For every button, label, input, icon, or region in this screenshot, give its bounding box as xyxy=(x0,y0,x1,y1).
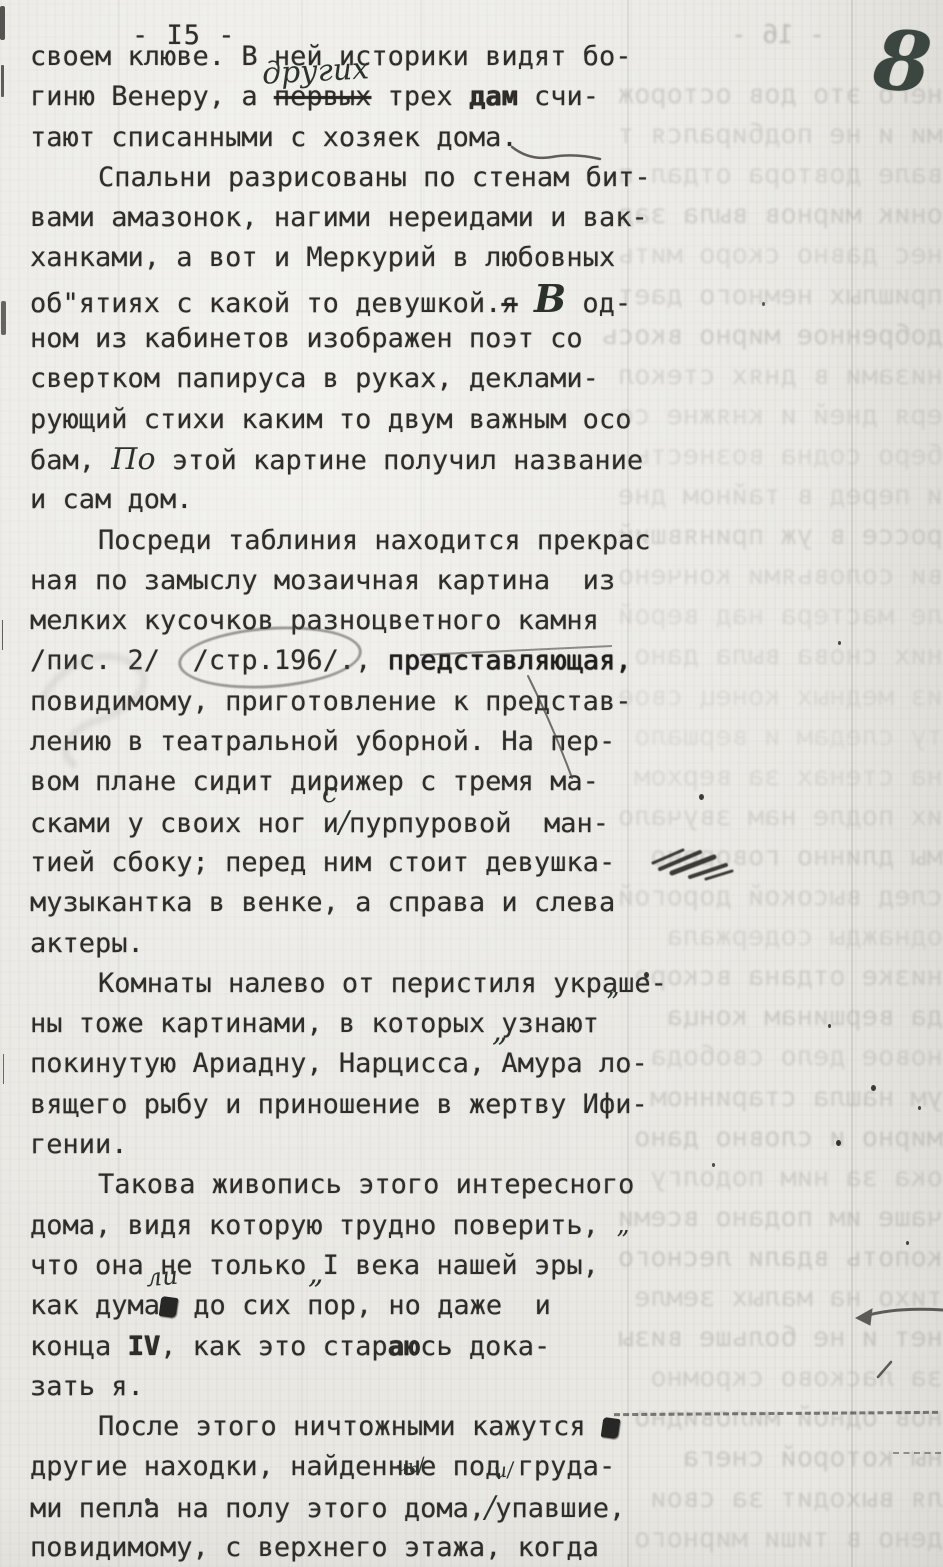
typed-line: Посреди таблиния находится прекрас xyxy=(30,521,678,561)
typed-line: мелких кусочков разноцветного камня xyxy=(30,601,678,641)
typed-line: покинутую Ариадну, Нарцисса, Амура ло- xyxy=(30,1044,678,1084)
typed-line: что она не только I века нашей эры, xyxy=(30,1246,678,1286)
handwritten-quote-high: ” xyxy=(606,988,619,1018)
paper-specks xyxy=(0,0,3,4)
bleed-page-number: - 16 - xyxy=(731,20,825,50)
typed-line: Спальни разрисованы по стенам бит- xyxy=(30,158,678,198)
typed-line: тией сбоку; перед ним стоит девушка- xyxy=(30,843,678,883)
typed-line: другие находки, найденные под груда- xyxy=(30,1447,678,1487)
typed-line: ная по замыслу мозаичная картина из xyxy=(30,561,678,601)
typed-line: вами амазонок, нагими нереидами и вак- xyxy=(30,198,678,238)
typed-line: ном из кабинетов изображен поэт со xyxy=(30,319,678,359)
handwritten-quote-high: ” xyxy=(616,1226,629,1256)
typed-line: рующий стихи каким то двум важным осо xyxy=(30,400,678,440)
typed-line: бам, По этой картине получил название xyxy=(30,440,678,480)
typed-line: вом плане сидит дирижер с тремя ма- xyxy=(30,762,678,802)
typed-line: ны тоже картинами, в которых узнают xyxy=(30,1004,678,1044)
typed-line: музыкантка в венке, а справа и слева xyxy=(30,883,678,923)
typed-line: дома, видя которую трудно поверить, xyxy=(30,1206,678,1246)
typed-line: и сам дом. xyxy=(30,480,678,520)
typed-line: тают списанными с хозяек дома. xyxy=(30,118,678,158)
typed-line: зать я. xyxy=(30,1367,678,1407)
handwritten-corner-number: 8 xyxy=(870,12,935,113)
handwritten-quote-low: „ xyxy=(492,1014,508,1049)
typed-line: сками у своих ног и/пурпуровой ман- xyxy=(30,803,678,843)
typed-line: После этого ничтожными кажутся xyxy=(30,1407,678,1447)
typed-line: повидимому, приготовление к представ- xyxy=(30,682,678,722)
typed-line: как дума до сих пор, но даже и xyxy=(30,1286,678,1326)
scanned-page: - 16 - него это дов осторожми и не подби… xyxy=(0,0,943,1567)
handwritten-insertion-mark: и/ xyxy=(493,1457,515,1483)
scan-edge-marks xyxy=(0,6,5,40)
typed-line: гении. xyxy=(30,1125,678,1165)
typed-line: об"ятиях с какой то девушкой.я В од- xyxy=(30,279,678,319)
typed-line: Комнаты налево от перистиля украше- xyxy=(30,964,678,1004)
typed-line: повидимому, с верхнего этажа, когда xyxy=(30,1528,678,1567)
typed-line: ханками, а вот и Меркурий в любовных xyxy=(30,238,678,278)
typed-line: ми пепла на полу этого дома,/упавшие, xyxy=(30,1488,678,1528)
typed-line: конца IV, как это стараюсь дока- xyxy=(30,1327,678,1367)
typed-line: лению в театральной уборной. На пер- xyxy=(30,722,678,762)
typed-line: свертком папируса в руках, деклами- xyxy=(30,359,678,399)
typed-line: актеры. xyxy=(30,924,678,964)
typescript-text: своем клюве. В ней историки видят бо-гин… xyxy=(30,37,678,1567)
pen-dashed-line xyxy=(893,1452,941,1454)
handwritten-correction-drugih: других xyxy=(261,51,370,92)
typed-line: вящего рыбу и приношение в жертву Ифи- xyxy=(30,1085,678,1125)
typed-line: Такова живопись этого интересного xyxy=(30,1165,678,1205)
handwritten-correction-li: ли xyxy=(145,1261,179,1293)
handwritten-quote-low: „ xyxy=(308,1256,324,1291)
handwritten-insertion-s: с xyxy=(322,776,338,809)
